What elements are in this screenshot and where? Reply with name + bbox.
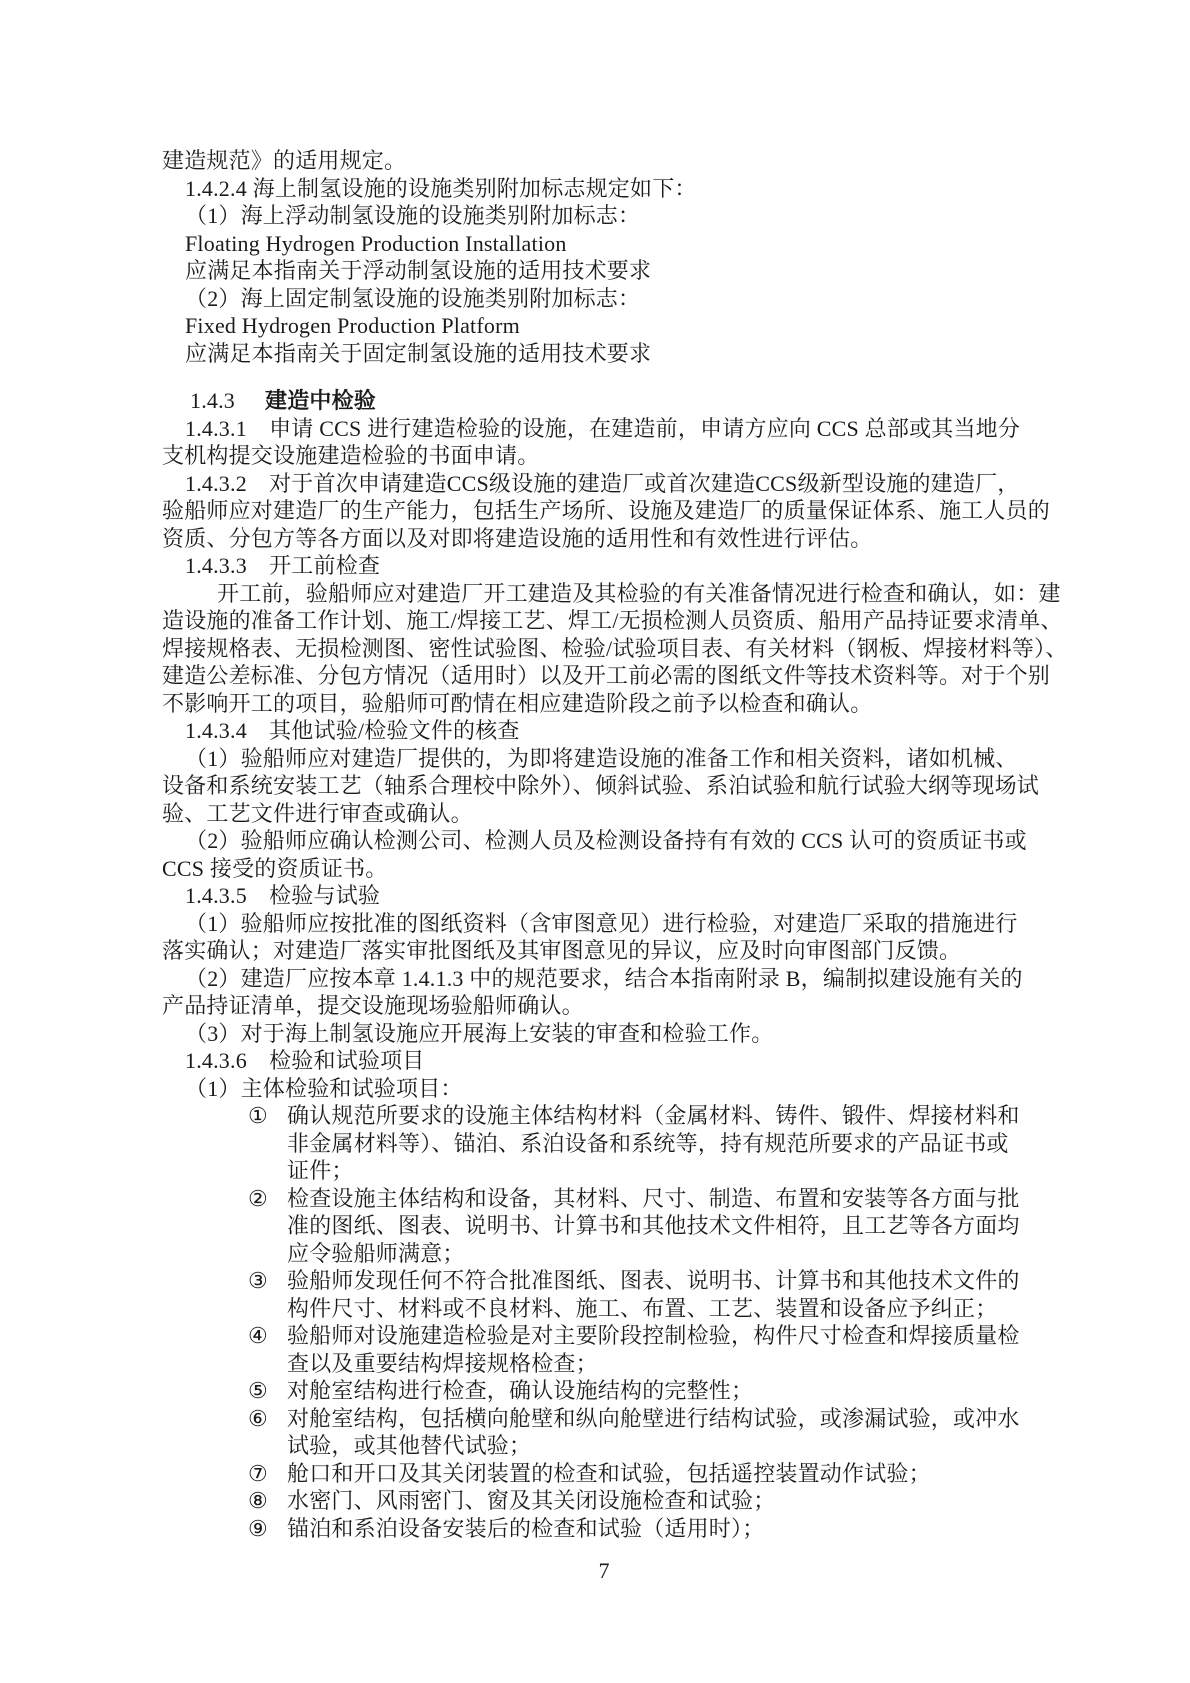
section-heading-number: 1.4.3	[190, 388, 235, 413]
paragraph-line: 证件；	[162, 1157, 1046, 1185]
list-item-text: 检查设施主体结构和设备，其材料、尺寸、制造、布置和安装等各方面与批	[287, 1186, 1020, 1211]
list-item-marker: ⑧	[248, 1487, 268, 1515]
paragraph-line: 试验，或其他替代试验；	[162, 1432, 1046, 1460]
list-item-text: 锚泊和系泊设备安装后的检查和试验（适用时）；	[287, 1516, 764, 1541]
paragraph-line: （3）对于海上制氢设施应开展海上安装的审查和检验工作。	[185, 1020, 1046, 1048]
list-item-marker: ①	[248, 1102, 268, 1130]
list-item-marker: ⑥	[248, 1405, 268, 1433]
paragraph-line: （1）验船师应按批准的图纸资料（含审图意见）进行检验，对建造厂采取的措施进行	[185, 910, 1046, 938]
list-item-marker: ②	[248, 1185, 268, 1213]
document-page: 建造规范》的适用规定。1.4.2.4 海上制氢设施的设施类别附加标志规定如下：（…	[0, 0, 1190, 1683]
list-item-text: 水密门、风雨密门、窗及其关闭设施检查和试验；	[287, 1488, 775, 1513]
paragraph-line: 查以及重要结构焊接规格检查；	[162, 1350, 1046, 1378]
list-item: ⑥对舱室结构，包括横向舱壁和纵向舱壁进行结构试验，或渗漏试验，或冲水	[162, 1405, 1046, 1433]
list-item: ⑦舱口和开口及其关闭装置的检查和试验，包括遥控装置动作试验；	[162, 1460, 1046, 1488]
list-item: ③验船师发现任何不符合批准图纸、图表、说明书、计算书和其他技术文件的	[162, 1267, 1046, 1295]
paragraph-line: 构件尺寸、材料或不良材料、施工、布置、工艺、装置和设备应予纠正；	[162, 1295, 1046, 1323]
list-item-text: 确认规范所要求的设施主体结构材料（金属材料、铸件、锻件、焊接材料和	[287, 1103, 1020, 1128]
paragraph-line: （1）主体检验和试验项目：	[185, 1075, 1046, 1103]
paragraph-line: 验船师应对建造厂的生产能力，包括生产场所、设施及建造厂的质量保证体系、施工人员的	[162, 497, 1046, 525]
list-item: ①确认规范所要求的设施主体结构材料（金属材料、铸件、锻件、焊接材料和	[162, 1102, 1046, 1130]
section-heading-label: 建造中检验	[265, 388, 376, 413]
list-item: ②检查设施主体结构和设备，其材料、尺寸、制造、布置和安装等各方面与批	[162, 1185, 1046, 1213]
paragraph-line: （2）海上固定制氢设施的设施类别附加标志：	[185, 285, 1046, 313]
paragraph-line: Floating Hydrogen Production Installatio…	[185, 230, 1046, 258]
paragraph-line: 1.4.3.2 对于首次申请建造CCS级设施的建造厂或首次建造CCS级新型设施的…	[185, 470, 1046, 498]
paragraph-line: （2）建造厂应按本章 1.4.1.3 中的规范要求，结合本指南附录 B，编制拟建…	[185, 965, 1046, 993]
paragraph-line: CCS 接受的资质证书。	[162, 855, 1046, 883]
paragraph-line: 1.4.3.3 开工前检查	[185, 552, 1046, 580]
paragraph-line: 应令验船师满意；	[162, 1240, 1046, 1268]
paragraph-line: 非金属材料等）、锚泊、系泊设备和系统等，持有规范所要求的产品证书或	[162, 1130, 1046, 1158]
paragraph-line: 落实确认；对建造厂落实审批图纸及其审图意见的异议，应及时向审图部门反馈。	[162, 937, 1046, 965]
paragraph-line: （1）验船师应对建造厂提供的，为即将建造设施的准备工作和相关资料，诸如机械、	[185, 745, 1046, 773]
paragraph-line: 1.4.3.1 申请 CCS 进行建造检验的设施，在建造前，申请方应向 CCS …	[185, 415, 1046, 443]
paragraph-line: 支机构提交设施建造检验的书面申请。	[162, 442, 1046, 470]
document-body: 建造规范》的适用规定。1.4.2.4 海上制氢设施的设施类别附加标志规定如下：（…	[162, 147, 1046, 1585]
list-item-marker: ③	[248, 1267, 268, 1295]
blank-line	[162, 367, 1046, 387]
paragraph-line: 1.4.3.5 检验与试验	[185, 882, 1046, 910]
list-item-text: 验船师对设施建造检验是对主要阶段控制检验，构件尺寸检查和焊接质量检	[287, 1323, 1020, 1348]
list-item-marker: ④	[248, 1322, 268, 1350]
paragraph-line: 开工前，验船师应对建造厂开工建造及其检验的有关准备情况进行检查和确认，如：建	[217, 580, 1046, 608]
section-heading: 1.4.3建造中检验	[190, 387, 1046, 415]
paragraph-line: 1.4.2.4 海上制氢设施的设施类别附加标志规定如下：	[185, 175, 1046, 203]
page-number: 7	[162, 1557, 1046, 1585]
paragraph-line: 准的图纸、图表、说明书、计算书和其他技术文件相符，且工艺等各方面均	[162, 1212, 1046, 1240]
paragraph-line: 不影响开工的项目，验船师可酌情在相应建造阶段之前予以检查和确认。	[162, 690, 1046, 718]
list-item-text: 对舱室结构，包括横向舱壁和纵向舱壁进行结构试验，或渗漏试验，或冲水	[287, 1406, 1020, 1431]
paragraph-line: 产品持证清单，提交设施现场验船师确认。	[162, 992, 1046, 1020]
list-item-marker: ⑦	[248, 1460, 268, 1488]
list-item: ⑤对舱室结构进行检查，确认设施结构的完整性；	[162, 1377, 1046, 1405]
list-item-text: 舱口和开口及其关闭装置的检查和试验，包括遥控装置动作试验；	[287, 1461, 931, 1486]
paragraph-line: （2）验船师应确认检测公司、检测人员及检测设备持有有效的 CCS 认可的资质证书…	[185, 827, 1046, 855]
list-item: ⑧水密门、风雨密门、窗及其关闭设施检查和试验；	[162, 1487, 1046, 1515]
paragraph-line: （1）海上浮动制氢设施的设施类别附加标志：	[185, 202, 1046, 230]
paragraph-line: 应满足本指南关于浮动制氢设施的适用技术要求	[185, 257, 1046, 285]
list-item-marker: ⑤	[248, 1377, 268, 1405]
paragraph-line: Fixed Hydrogen Production Platform	[185, 312, 1046, 340]
paragraph-line: 焊接规格表、无损检测图、密性试验图、检验/试验项目表、有关材料（钢板、焊接材料等…	[162, 635, 1046, 663]
paragraph-line: 应满足本指南关于固定制氢设施的适用技术要求	[185, 340, 1046, 368]
paragraph-line: 设备和系统安装工艺（轴系合理校中除外）、倾斜试验、系泊试验和航行试验大纲等现场试	[162, 772, 1046, 800]
paragraph-line: 1.4.3.4 其他试验/检验文件的核查	[185, 717, 1046, 745]
list-item-text: 对舱室结构进行检查，确认设施结构的完整性；	[287, 1378, 753, 1403]
paragraph-line: 建造规范》的适用规定。	[162, 147, 1046, 175]
list-item-text: 验船师发现任何不符合批准图纸、图表、说明书、计算书和其他技术文件的	[287, 1268, 1020, 1293]
list-item: ⑨锚泊和系泊设备安装后的检查和试验（适用时）；	[162, 1515, 1046, 1543]
list-item: ④验船师对设施建造检验是对主要阶段控制检验，构件尺寸检查和焊接质量检	[162, 1322, 1046, 1350]
paragraph-line: 造设施的准备工作计划、施工/焊接工艺、焊工/无损检测人员资质、船用产品持证要求清…	[162, 607, 1046, 635]
paragraph-line: 资质、分包方等各方面以及对即将建造设施的适用性和有效性进行评估。	[162, 525, 1046, 553]
paragraph-line: 验、工艺文件进行审查或确认。	[162, 800, 1046, 828]
list-item-marker: ⑨	[248, 1515, 268, 1543]
paragraph-line: 1.4.3.6 检验和试验项目	[185, 1047, 1046, 1075]
paragraph-line: 建造公差标准、分包方情况（适用时）以及开工前必需的图纸文件等技术资料等。对于个别	[162, 662, 1046, 690]
